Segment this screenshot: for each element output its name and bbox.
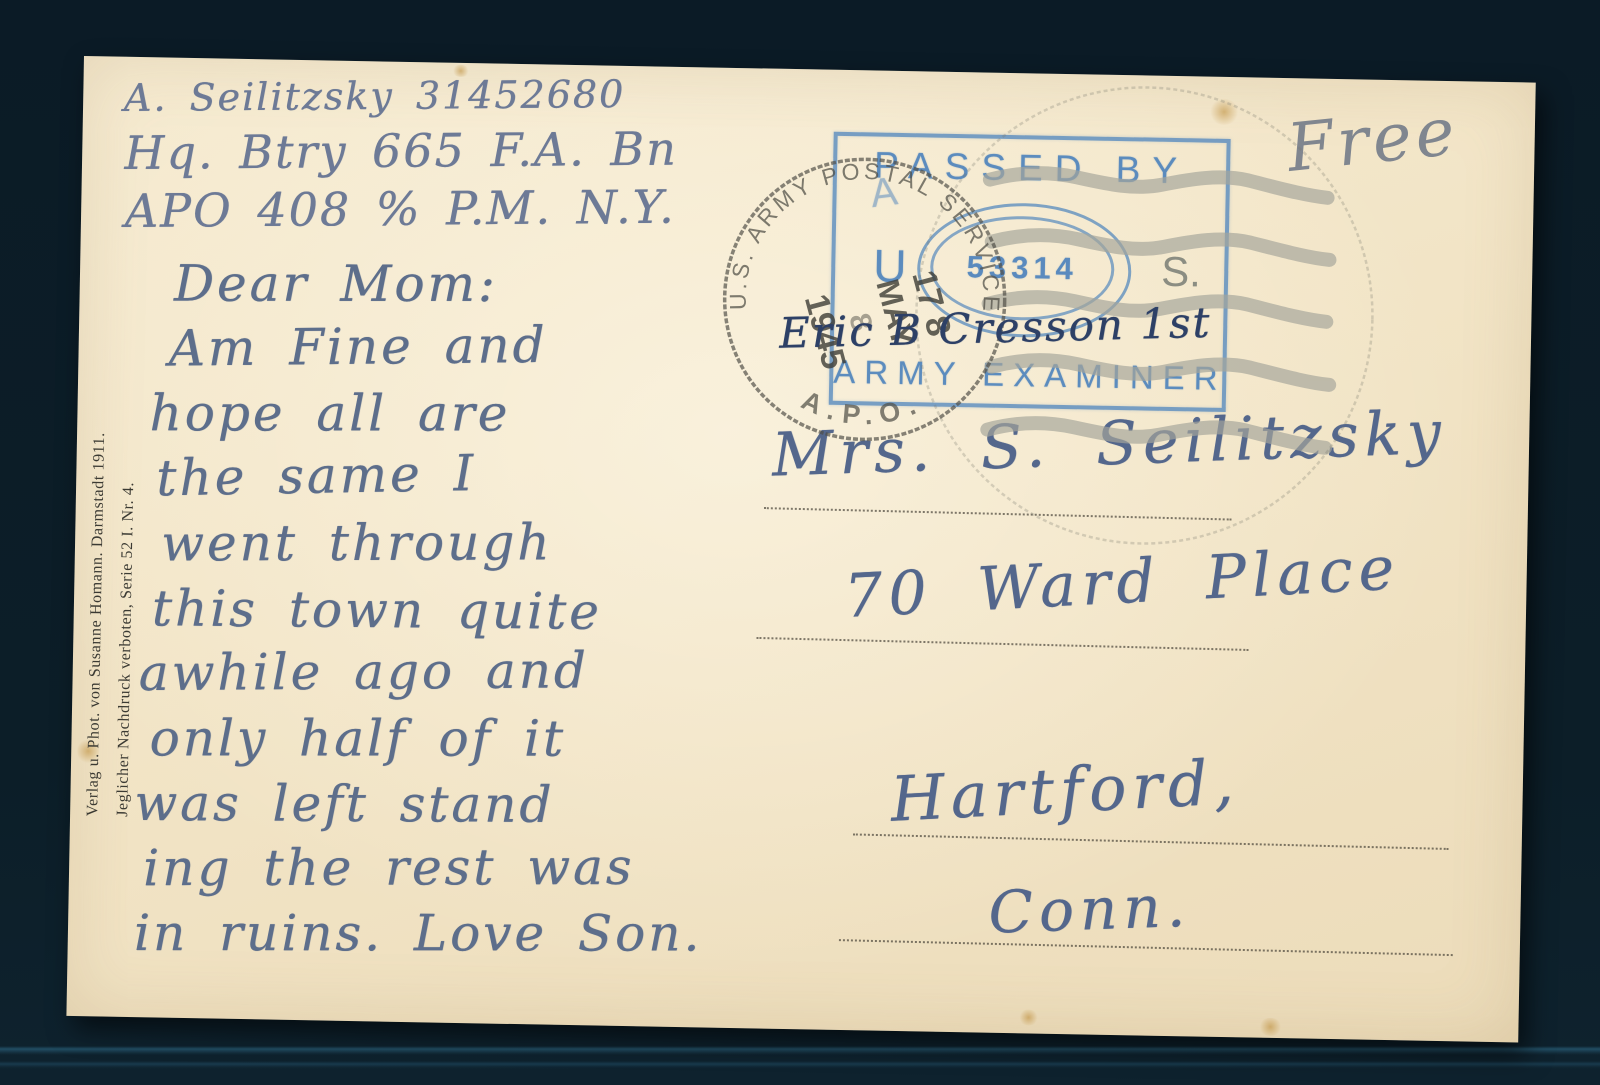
sender-address-line: APO 408 % P.M. N.Y.	[124, 180, 678, 238]
sender-address: A. Seilitzsky 31452680Hq. Btry 665 F.A. …	[124, 72, 679, 238]
recipient-state: Conn.	[987, 872, 1192, 947]
address-rule-line	[764, 507, 1232, 520]
censor-s-letter: S.	[1161, 248, 1202, 297]
address-rule-line	[839, 939, 1453, 956]
message-body: Dear Mom:Am Fine andhope all arethe same…	[131, 251, 714, 976]
free-frank: Free	[1284, 93, 1463, 187]
recipient-name: Mrs. S. Seilitzsky	[771, 398, 1448, 491]
censor-stamp: PASSED BY A U 53314 S. ARMY EXAMINER	[829, 132, 1231, 412]
postcard: Verlag u. Phot. von Susanne Homann. Darm…	[66, 56, 1535, 1042]
message-line: went through	[161, 510, 709, 576]
postcard-scan: Verlag u. Phot. von Susanne Homann. Darm…	[0, 0, 1600, 1085]
address-rule-line	[756, 637, 1248, 651]
censor-number: 53314	[966, 249, 1078, 287]
foxing-spot	[1018, 1009, 1038, 1025]
address-rule-line	[853, 833, 1449, 850]
message-line: this town quite	[152, 576, 709, 645]
message-line: hope all are	[149, 381, 711, 446]
scan-artifact-streaks	[0, 1040, 1600, 1085]
censor-examiner-label: ARMY EXAMINER	[833, 353, 1223, 398]
foxing-spot	[1209, 99, 1239, 126]
recipient-city: Hartford,	[889, 745, 1241, 836]
recipient-street: 70 Ward Place	[842, 533, 1401, 632]
publisher-imprint-line-1: Verlag u. Phot. von Susanne Homann. Darm…	[84, 432, 109, 816]
message-line: only half of it	[149, 706, 705, 771]
message-line: the same I	[156, 437, 711, 511]
message-line: Am Fine and	[168, 311, 713, 381]
censor-u-letter: U	[873, 239, 907, 294]
message-line: in ruins. Love Son.	[134, 901, 702, 966]
message-line: awhile ago and	[138, 638, 707, 706]
foxing-spot	[1258, 1018, 1282, 1036]
censor-marker: A	[868, 169, 900, 217]
message-line: was left stand	[134, 771, 705, 838]
message-line: ing the rest was	[143, 835, 703, 901]
sender-address-line: Hq. Btry 665 F.A. Bn	[124, 122, 678, 180]
message-line: Dear Mom:	[174, 252, 714, 317]
sender-address-line: A. Seilitzsky 31452680	[124, 72, 678, 120]
